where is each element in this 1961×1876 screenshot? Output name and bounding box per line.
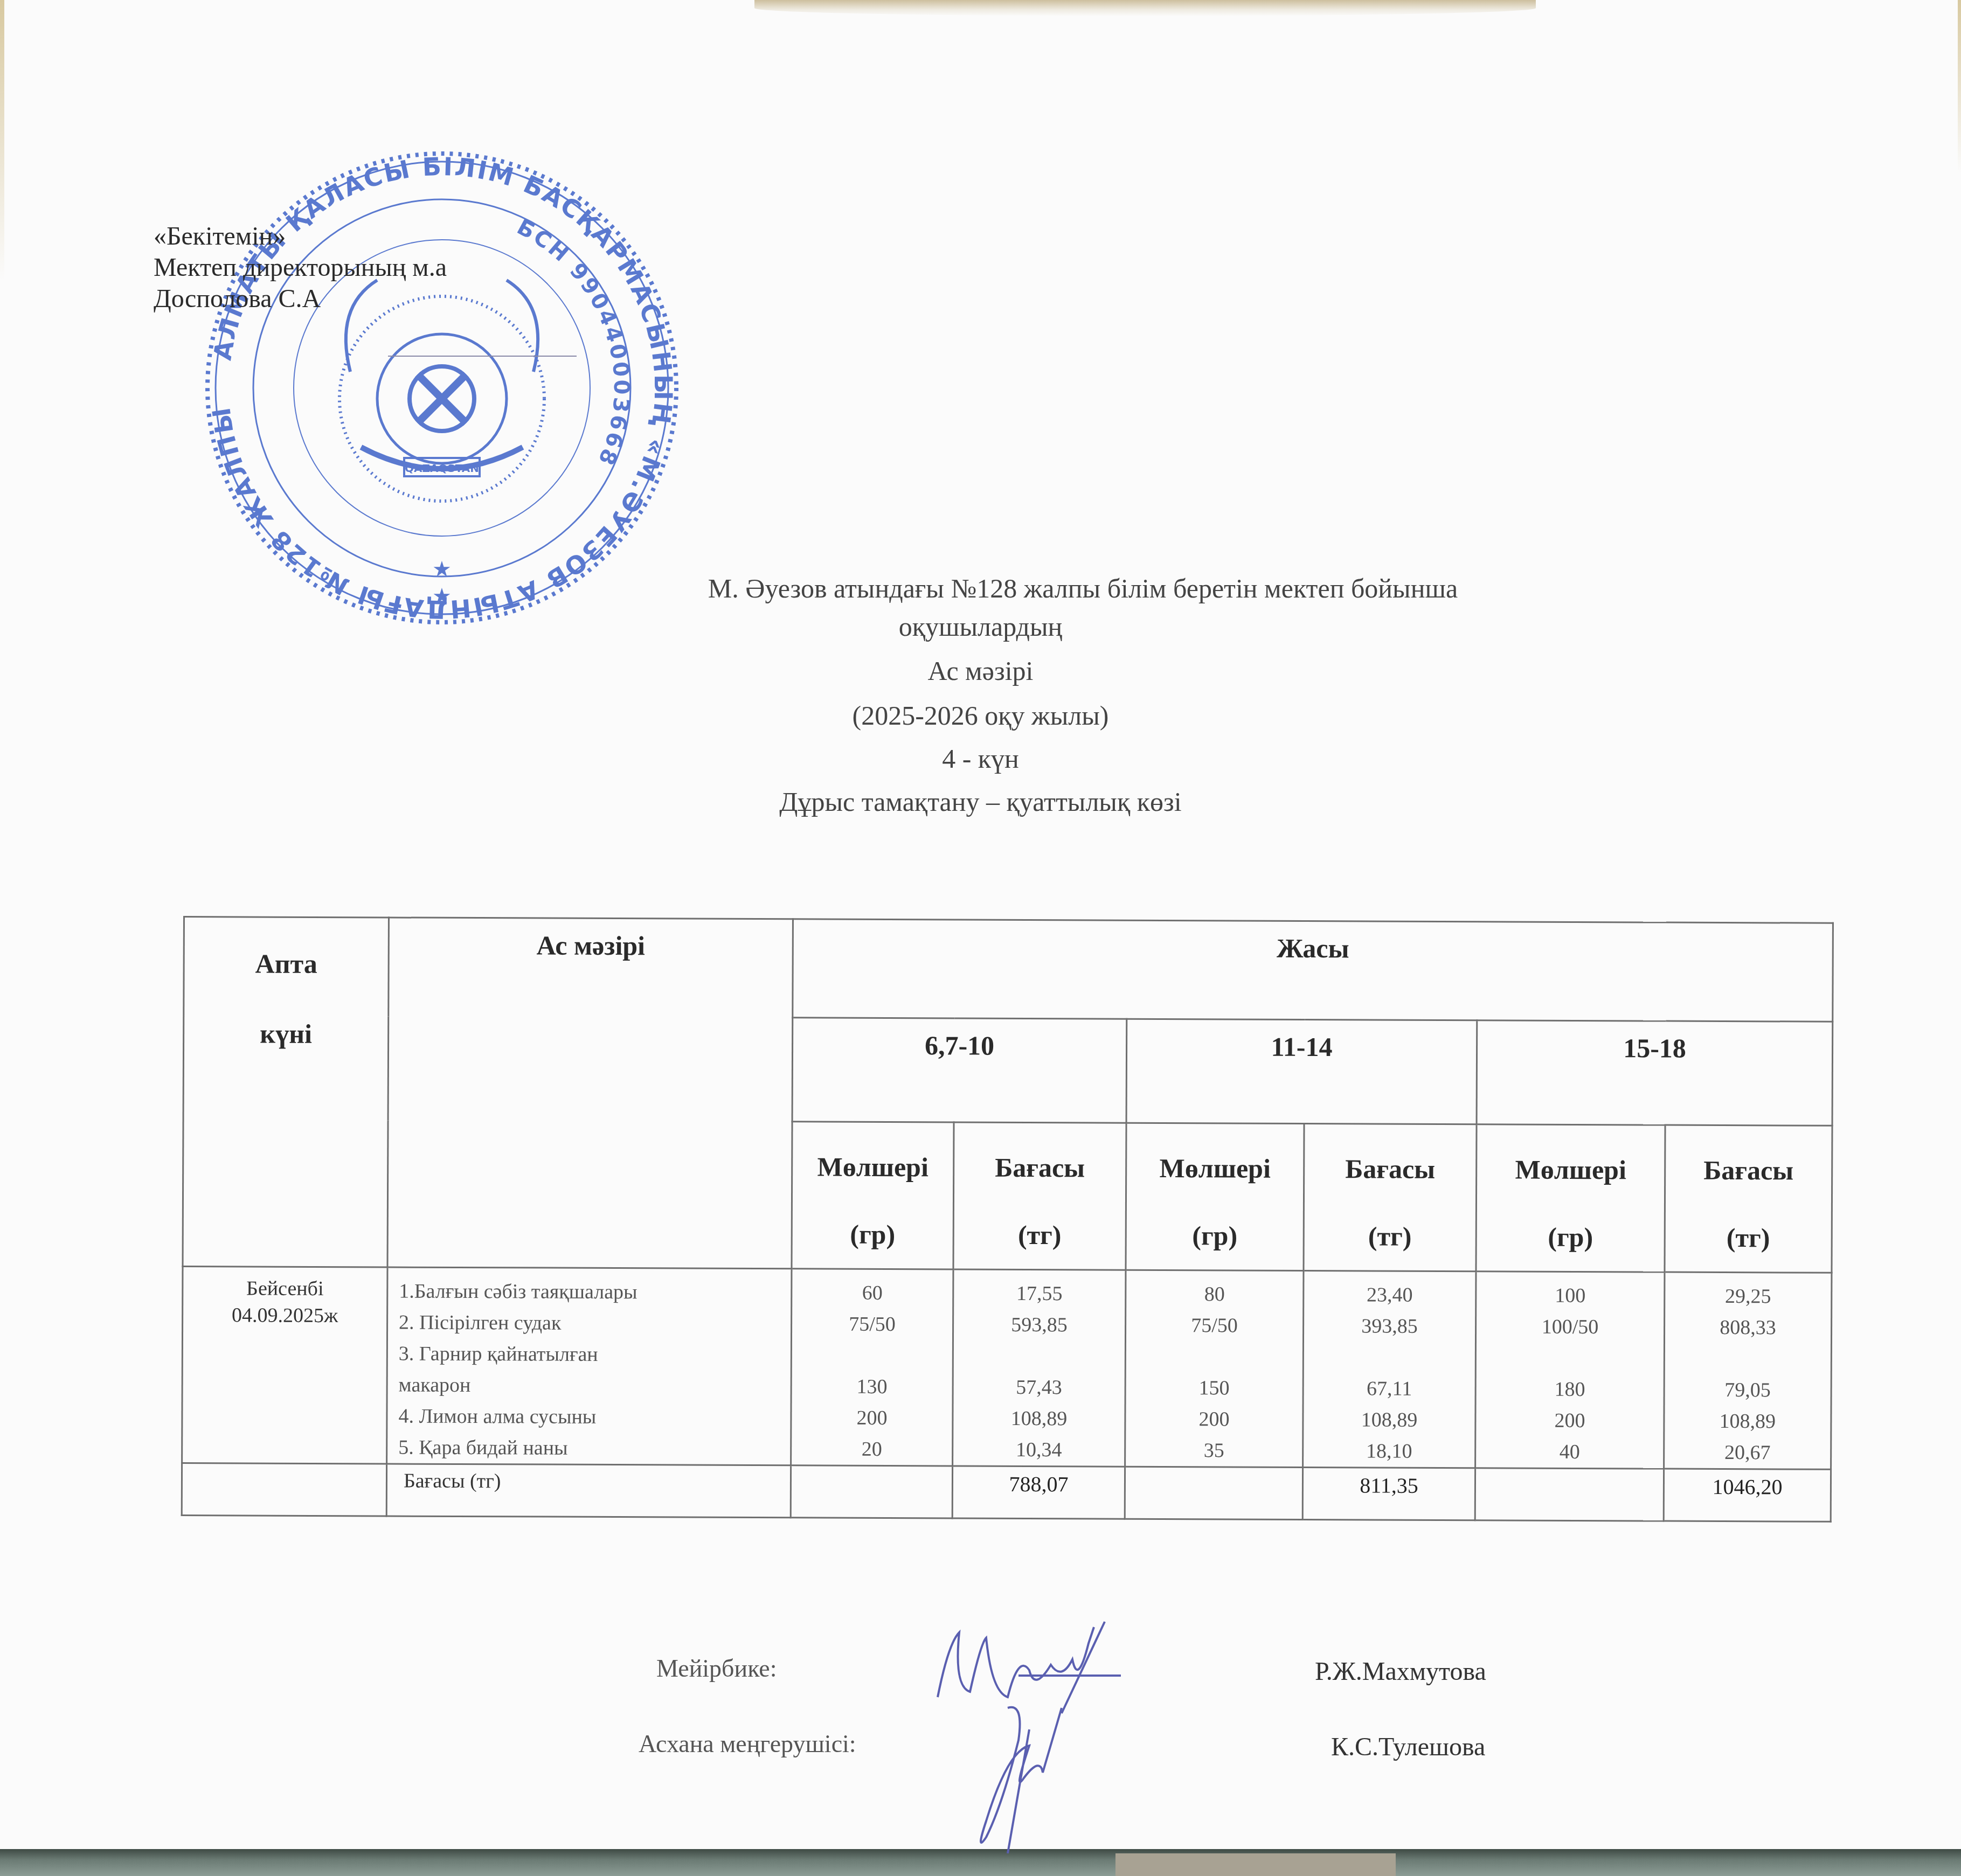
academic-year: (2025-2026 оқу жылы) bbox=[0, 699, 1961, 732]
menu-item: макарон bbox=[399, 1370, 785, 1402]
menu-item: 4. Лимон алма сусыны bbox=[398, 1401, 785, 1434]
amount-value: 80 bbox=[1126, 1279, 1302, 1310]
header-menu: Ас мәзірі bbox=[387, 918, 793, 1269]
price-value: 108,89 bbox=[1665, 1406, 1830, 1437]
date: 04.09.2025ж bbox=[183, 1302, 386, 1329]
header-price: Бағасы(тг) bbox=[1665, 1125, 1832, 1273]
amount-value: 200 bbox=[1476, 1405, 1663, 1436]
amount-value bbox=[792, 1339, 952, 1371]
svg-text:QAZAQSTAN: QAZAQSTAN bbox=[405, 462, 479, 475]
empty-cell bbox=[1475, 1468, 1664, 1521]
amount-value: 75/50 bbox=[1126, 1310, 1302, 1342]
amount-value bbox=[1477, 1342, 1664, 1374]
amount-value: 100 bbox=[1477, 1280, 1664, 1311]
header-price-line: (тг) bbox=[1304, 1203, 1475, 1270]
empty-cell bbox=[791, 1465, 952, 1518]
amount-cell: 8075/5015020035 bbox=[1125, 1270, 1304, 1467]
amount-value: 60 bbox=[792, 1277, 952, 1309]
header-age: Жасы bbox=[793, 919, 1833, 1022]
header-age-group: 6,7-10 bbox=[792, 1018, 1127, 1123]
header-age-group: 11-14 bbox=[1126, 1019, 1477, 1124]
price-value bbox=[1665, 1343, 1831, 1375]
empty-cell bbox=[182, 1463, 386, 1516]
total-row: Бағасы (тг) 788,07811,351046,20 bbox=[182, 1463, 1831, 1521]
canteen-signature-icon bbox=[948, 1697, 1110, 1859]
price-value bbox=[954, 1340, 1125, 1372]
approval-block: «Бекітемін» Мектеп директорының м.а Досп… bbox=[154, 221, 447, 315]
price-cell: 17,55593,8557,43108,8910,34 bbox=[953, 1269, 1126, 1467]
paper-edge-top bbox=[754, 0, 1536, 16]
official-seal-icon: АЛМАТЫ ҚАЛАСЫ БІЛІМ БАСҚАРМАСЫНЫҢ «М.ӘУЕ… bbox=[199, 145, 684, 630]
price-value: 808,33 bbox=[1665, 1312, 1831, 1344]
total-price: 1046,20 bbox=[1664, 1469, 1831, 1521]
amount-value: 130 bbox=[792, 1371, 952, 1402]
price-value: 108,89 bbox=[1304, 1404, 1474, 1436]
empty-cell bbox=[1125, 1467, 1302, 1519]
paper-edge-right bbox=[1958, 0, 1961, 172]
header-week-day: Апта күні bbox=[183, 917, 389, 1267]
approval-signature-line bbox=[388, 356, 577, 357]
nurse-label: Мейірбике: bbox=[656, 1654, 777, 1683]
approval-position: Мектеп директорының м.а bbox=[154, 252, 447, 283]
canteen-manager-name: К.С.Тулешова bbox=[1331, 1732, 1485, 1762]
header-price-line: Бағасы bbox=[1305, 1135, 1475, 1203]
amount-value: 200 bbox=[792, 1402, 952, 1434]
amount-value: 150 bbox=[1126, 1372, 1302, 1404]
approval-name: Досполова С.А bbox=[154, 283, 447, 315]
floor-background-patch bbox=[1115, 1853, 1396, 1876]
total-price: 788,07 bbox=[952, 1466, 1125, 1519]
header-amount-line: (гр) bbox=[792, 1200, 952, 1268]
header-price: Бағасы(тг) bbox=[953, 1122, 1126, 1270]
amount-value: 35 bbox=[1126, 1435, 1302, 1467]
menu-table: Апта күні Ас мәзірі Жасы 6,7-10 11-14 15… bbox=[181, 916, 1834, 1523]
menu-item: 5. Қара бидай наны bbox=[398, 1432, 785, 1465]
svg-text:АЛМАТЫ ҚАЛАСЫ БІЛІМ БАСҚАРМАСЫ: АЛМАТЫ ҚАЛАСЫ БІЛІМ БАСҚАРМАСЫНЫҢ «М.ӘУЕ… bbox=[199, 145, 678, 624]
header-age-group: 15-18 bbox=[1477, 1020, 1833, 1126]
amount-value: 20 bbox=[792, 1433, 952, 1465]
price-value: 10,34 bbox=[953, 1434, 1124, 1465]
total-label: Бағасы (тг) bbox=[386, 1464, 791, 1518]
price-value: 79,05 bbox=[1665, 1374, 1831, 1406]
paper-edge-left bbox=[0, 0, 4, 280]
total-price: 811,35 bbox=[1302, 1467, 1475, 1520]
price-value: 18,10 bbox=[1304, 1435, 1474, 1467]
price-value: 17,55 bbox=[954, 1277, 1125, 1309]
canteen-manager-label: Асхана меңгерушісі: bbox=[639, 1729, 856, 1758]
header-amount-line: Мөлшері bbox=[793, 1133, 953, 1201]
table-row: Бейсенбі 04.09.2025ж 1.Балғын сәбіз таяқ… bbox=[182, 1267, 1832, 1470]
amount-value: 180 bbox=[1477, 1373, 1664, 1405]
price-value: 20,67 bbox=[1665, 1437, 1830, 1469]
approval-title: «Бекітемін» bbox=[154, 221, 447, 252]
nurse-name: Р.Ж.Махмутова bbox=[1315, 1657, 1486, 1686]
slogan: Дұрыс тамақтану – қуаттылық көзі bbox=[0, 786, 1961, 818]
header-price-line: Бағасы bbox=[954, 1134, 1125, 1201]
amount-cell: 100100/5018020040 bbox=[1475, 1271, 1665, 1469]
header-price-line: (тг) bbox=[1665, 1204, 1831, 1272]
header-price-line: (тг) bbox=[954, 1201, 1125, 1269]
header-week-day-line2: күні bbox=[184, 998, 387, 1069]
weekday: Бейсенбі bbox=[183, 1275, 386, 1302]
menu-items: 1.Балғын сәбіз таяқшалары2. Пісірілген с… bbox=[387, 1267, 792, 1465]
price-value bbox=[1304, 1342, 1475, 1373]
price-cell: 29,25808,3379,05108,8920,67 bbox=[1664, 1272, 1832, 1469]
menu-item: 1.Балғын сәбіз таяқшалары bbox=[399, 1276, 785, 1309]
header-price: Бағасы(тг) bbox=[1304, 1123, 1477, 1271]
amount-value bbox=[1126, 1341, 1302, 1373]
header-price-line: Бағасы bbox=[1666, 1137, 1831, 1205]
header-amount: Мөлшері(гр) bbox=[1476, 1124, 1665, 1272]
header-week-day-line1: Апта bbox=[184, 928, 387, 999]
price-value: 57,43 bbox=[954, 1371, 1125, 1403]
students-heading: оқушылардың bbox=[0, 610, 1961, 643]
price-value: 593,85 bbox=[954, 1309, 1125, 1340]
header-amount-line: (гр) bbox=[1477, 1203, 1664, 1271]
price-value: 393,85 bbox=[1304, 1310, 1475, 1342]
menu-item: 3. Гарнир қайнатылған bbox=[399, 1338, 785, 1371]
header-amount-line: Мөлшері bbox=[1127, 1135, 1303, 1203]
amount-value: 40 bbox=[1476, 1436, 1663, 1468]
school-name-heading: М. Әуезов атындағы №128 жалпы білім бере… bbox=[0, 572, 1961, 605]
day-number: 4 - күн bbox=[0, 742, 1961, 775]
header-amount: Мөлшері(гр) bbox=[1126, 1123, 1304, 1270]
header-amount: Мөлшері(гр) bbox=[792, 1122, 954, 1269]
header-amount-line: Мөлшері bbox=[1477, 1136, 1664, 1204]
menu-item: 2. Пісірілген судак bbox=[399, 1307, 785, 1340]
day-cell: Бейсенбі 04.09.2025ж bbox=[182, 1267, 387, 1464]
price-cell: 23,40393,8567,11108,8918,10 bbox=[1303, 1270, 1476, 1468]
header-amount-line: (гр) bbox=[1126, 1202, 1302, 1270]
price-value: 67,11 bbox=[1304, 1373, 1475, 1405]
amount-cell: 6075/5013020020 bbox=[791, 1269, 953, 1466]
amount-value: 200 bbox=[1126, 1403, 1302, 1435]
price-value: 108,89 bbox=[953, 1402, 1124, 1434]
menu-heading: Ас мәзірі bbox=[0, 655, 1961, 687]
amount-value: 100/50 bbox=[1477, 1311, 1664, 1343]
price-value: 29,25 bbox=[1665, 1281, 1831, 1312]
amount-value: 75/50 bbox=[792, 1308, 952, 1340]
price-value: 23,40 bbox=[1304, 1279, 1475, 1311]
